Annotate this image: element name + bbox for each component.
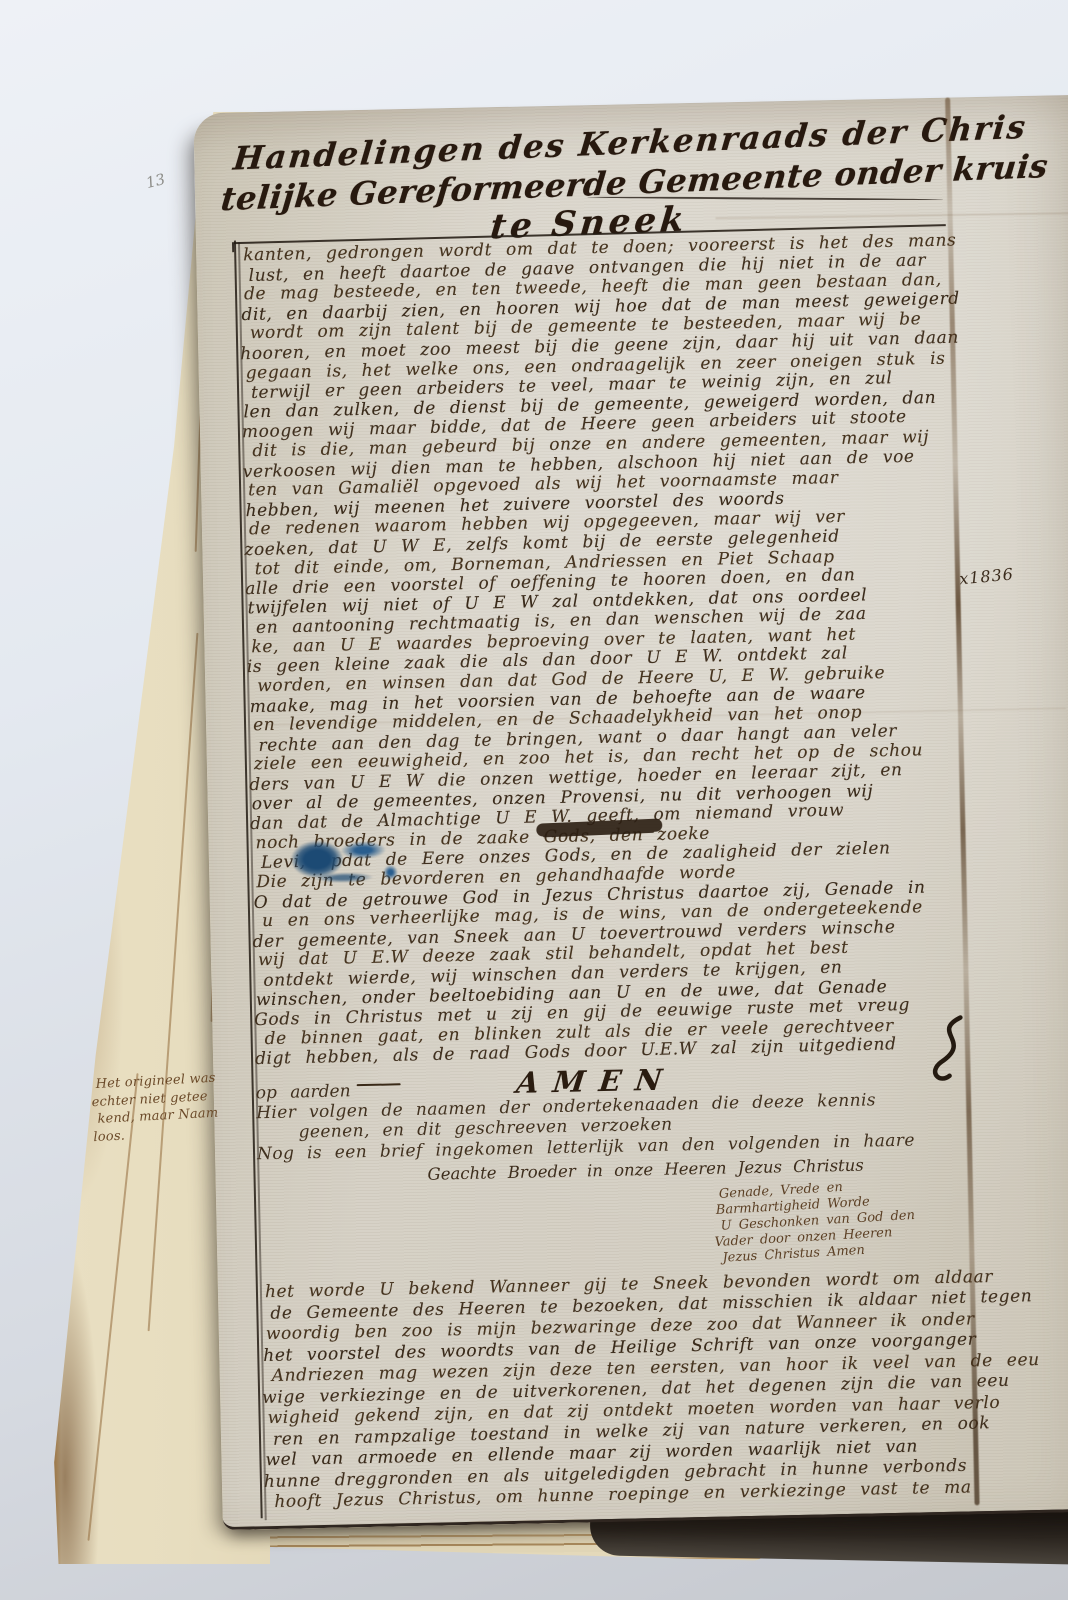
closing-words: op aarden [256, 1081, 351, 1103]
blue-ink-blot [282, 833, 405, 890]
second-letter-lines: het worde U bekend Wanneer gij te Sneek … [260, 1268, 973, 1514]
archivist-margin-note: Het origineel was echter niet getee kend… [90, 1068, 253, 1146]
manuscript-photo: Handelingen des Kerkenraads der Chris te… [0, 0, 1068, 1600]
pencil-page-mark: 13 [144, 170, 167, 192]
blessing-block: Genade, Vrede en Barmhartigheid Worde U … [712, 1173, 969, 1267]
amen-word: AMEN [514, 1062, 677, 1099]
page-edge-line [148, 633, 199, 1331]
closing-dash [356, 1083, 400, 1086]
manuscript-page: Handelingen des Kerkenraads der Chris te… [193, 95, 1068, 1530]
pen-flourish [920, 1013, 980, 1088]
letter-lines: kanten, gedrongen wordt om dat te doen; … [238, 232, 963, 1070]
